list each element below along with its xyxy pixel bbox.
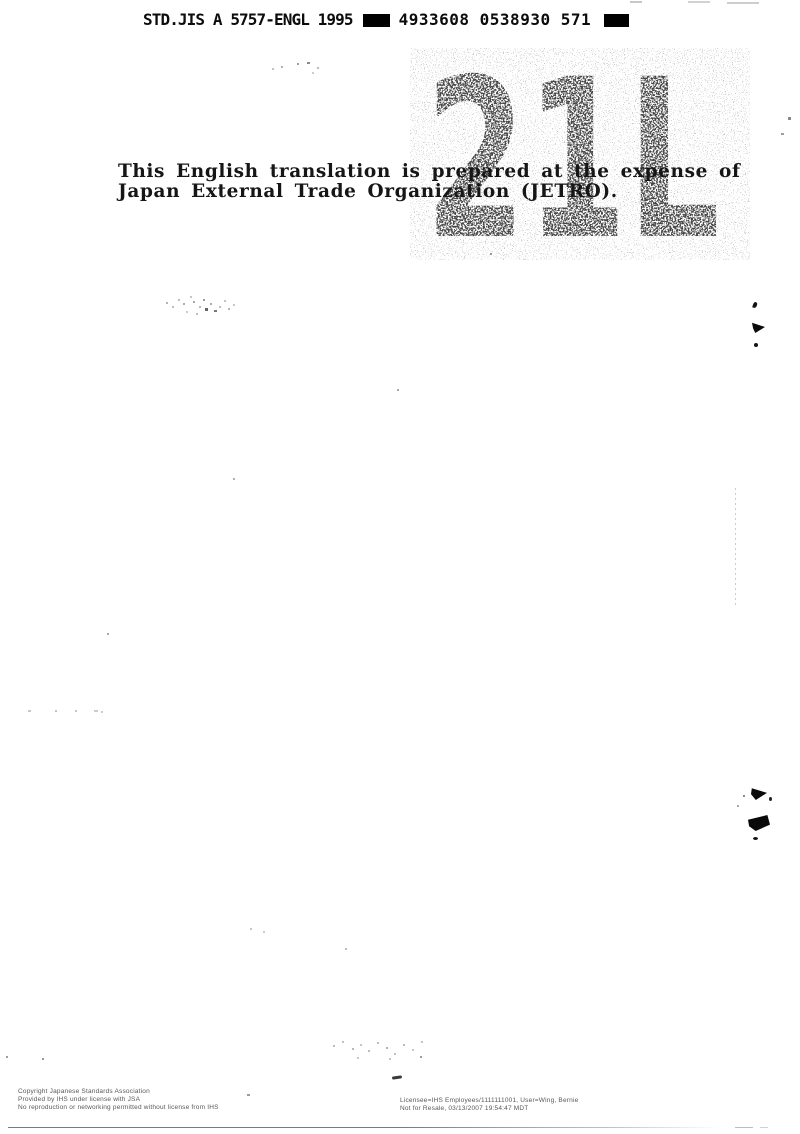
- ink-speck: [368, 1050, 370, 1052]
- notice-line-1: This English translation is prepared at …: [118, 162, 741, 182]
- scan-artifact-dash: [688, 1, 710, 3]
- ink-speck: [392, 1075, 402, 1079]
- license-line-1: Licensee=IHS Employees/1111111001, User=…: [400, 1097, 578, 1105]
- ink-speck: [203, 299, 205, 301]
- ink-speck: [263, 931, 265, 933]
- ink-speck: [352, 1048, 354, 1050]
- ink-speck: [190, 296, 192, 298]
- scanned-document-page: STD.JIS A 5757-ENGL 1995 4933608 0538930…: [0, 0, 800, 1134]
- ink-speck: [281, 66, 283, 68]
- ink-blot: [752, 321, 765, 333]
- ink-speck: [307, 62, 310, 64]
- ink-speck: [377, 1042, 379, 1044]
- ink-speck: [228, 308, 230, 310]
- ink-speck: [219, 306, 221, 308]
- notice-line-2: Japan External Trade Organization (JETRO…: [118, 182, 741, 202]
- ink-speck: [172, 306, 174, 308]
- faded-stamp-watermark: 21L: [410, 48, 750, 260]
- ink-speck: [312, 72, 314, 74]
- ink-speck: [186, 311, 188, 313]
- bottom-rule-dash: [760, 1127, 768, 1128]
- ink-speck: [752, 302, 758, 309]
- ink-speck: [357, 1057, 359, 1059]
- ink-speck: [199, 306, 201, 308]
- ink-speck: [781, 133, 784, 135]
- standard-code-text: STD.JIS A 5757-ENGL 1995: [143, 10, 353, 29]
- ink-speck: [394, 1053, 396, 1055]
- bottom-rule: [8, 1127, 720, 1128]
- ink-speck: [178, 299, 180, 301]
- ink-speck: [297, 63, 299, 65]
- copyright-line-3: No reproduction or networking permitted …: [18, 1104, 219, 1112]
- ink-speck: [743, 795, 745, 797]
- document-header: STD.JIS A 5757-ENGL 1995 4933608 0538930…: [143, 10, 629, 29]
- ink-speck: [42, 1058, 44, 1060]
- ink-speck: [420, 1056, 422, 1058]
- ink-speck: [101, 711, 103, 713]
- ink-speck: [250, 928, 252, 930]
- ink-speck: [210, 303, 212, 305]
- ink-speck: [386, 1047, 388, 1049]
- ink-speck: [397, 389, 399, 391]
- ink-speck: [94, 710, 98, 712]
- ink-speck: [247, 1094, 250, 1096]
- stamp-text: 21L: [425, 48, 720, 260]
- scan-artifact-dashed-line: [735, 488, 736, 608]
- ink-speck: [166, 302, 168, 304]
- ink-speck: [403, 1044, 405, 1046]
- ink-speck: [233, 478, 235, 480]
- copyright-block: Copyright Japanese Standards Association…: [18, 1088, 219, 1112]
- ink-speck: [753, 837, 758, 840]
- ink-speck: [788, 117, 791, 120]
- ink-speck: [75, 710, 77, 712]
- translation-notice: This English translation is prepared at …: [118, 162, 741, 201]
- ink-blot: [748, 815, 770, 831]
- bottom-rule-dash: [735, 1127, 753, 1128]
- ink-speck: [754, 343, 758, 347]
- ink-speck: [224, 300, 226, 302]
- ink-block-icon: [604, 14, 629, 27]
- ink-speck: [183, 303, 185, 305]
- ink-speck: [55, 710, 57, 712]
- ink-speck: [28, 710, 31, 712]
- ink-speck: [421, 1041, 423, 1043]
- ink-speck: [233, 304, 235, 306]
- ink-block-icon: [363, 14, 390, 27]
- scan-artifact-dash: [630, 1, 642, 3]
- ink-speck: [214, 310, 217, 312]
- ink-speck: [345, 948, 347, 950]
- ink-speck: [769, 797, 772, 801]
- scan-artifact-dash: [727, 2, 759, 4]
- ink-speck: [107, 633, 109, 635]
- copyright-line-1: Copyright Japanese Standards Association: [18, 1088, 219, 1096]
- license-block: Licensee=IHS Employees/1111111001, User=…: [400, 1097, 578, 1113]
- ink-speck: [272, 68, 274, 70]
- document-number-text: 4933608 0538930 571: [399, 10, 592, 29]
- license-line-2: Not for Resale, 03/13/2007 19:54:47 MDT: [400, 1105, 578, 1113]
- ink-speck: [193, 301, 195, 303]
- ink-speck: [737, 805, 739, 807]
- ink-speck: [333, 1045, 335, 1047]
- ink-speck: [317, 67, 319, 69]
- copyright-line-2: Provided by IHS under license with JSA: [18, 1096, 219, 1104]
- ink-speck: [389, 1058, 391, 1060]
- ink-speck: [412, 1049, 414, 1051]
- ink-speck: [342, 1041, 344, 1043]
- ink-speck: [360, 1044, 362, 1046]
- ink-speck: [196, 313, 198, 315]
- ink-blot: [751, 787, 767, 800]
- ink-speck: [6, 1056, 8, 1058]
- ink-speck: [205, 308, 208, 311]
